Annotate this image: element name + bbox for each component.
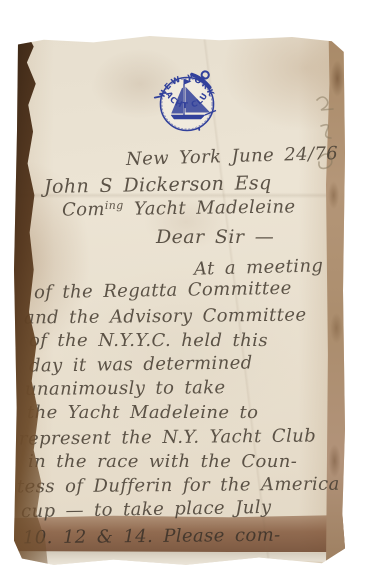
body-line: the Yacht Madeleine to: [27, 404, 258, 422]
body-line: in the race with the Coun-: [28, 453, 297, 471]
salutation-line: Dear Sir —: [156, 228, 274, 247]
recipient-line: John S Dickerson Esq: [44, 174, 272, 197]
paper-sheet: NEW YORK YACHT CLUB New York Ju: [14, 36, 345, 567]
pencil-scribbles: [307, 86, 347, 196]
body-line: represent the N.Y. Yacht Club: [19, 427, 316, 448]
recipient-title-superscript: ing: [105, 199, 124, 212]
body-line: At a meeting: [194, 257, 324, 278]
recipient-title-rest: Yacht Madeleine: [124, 196, 296, 219]
body-line: unanimously to take: [25, 379, 226, 399]
letter-photo: NEW YORK YACHT CLUB New York Ju: [0, 0, 365, 580]
recipient-title-line: Coming Yacht Madeleine: [62, 197, 296, 219]
body-line: of the Regatta Committee: [34, 280, 292, 302]
body-line: cup — to take place July: [21, 499, 272, 521]
bottom-torn-edge: [16, 551, 340, 567]
recipient-title-prefix: Com: [62, 199, 105, 221]
body-line: and the Advisory Committee: [24, 307, 307, 328]
body-line: 10. 12 & 14. Please com-: [23, 527, 281, 548]
body-line: day it was determined: [29, 354, 253, 375]
body-line: of the N.Y.Y.C. held this: [29, 332, 268, 350]
body-line: tess of Dufferin for the America: [17, 476, 340, 497]
nyyc-seal-icon: NEW YORK YACHT CLUB: [146, 62, 228, 142]
